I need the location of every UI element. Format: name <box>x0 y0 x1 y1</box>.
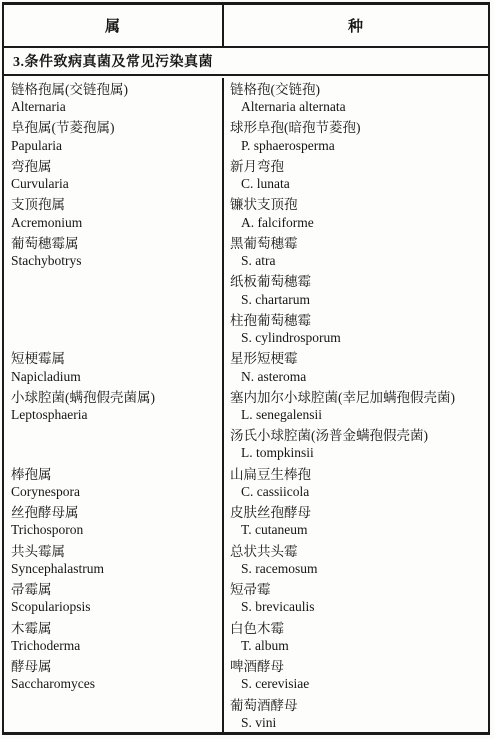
genus-cell: 链格孢属(交链孢属) <box>4 78 224 98</box>
genus-cell: 阜孢属(节菱孢属) <box>4 116 224 136</box>
genus-cell: Stachybotrys <box>4 252 224 270</box>
table-row: 链格孢属(交链孢属) 链格孢(交链孢) <box>4 78 488 98</box>
table-row: 支顶孢属 镰状支顶孢 <box>4 193 488 213</box>
genus-cell <box>4 309 224 329</box>
species-cell: 总状共头霉 <box>224 540 488 560</box>
genus-cell: Acremonium <box>4 213 224 231</box>
genus-cell: Trichoderma <box>4 637 224 655</box>
table-row: Trichoderma T. album <box>4 637 488 655</box>
species-cell: 葡萄酒酵母 <box>224 694 488 714</box>
species-cell: 新月弯孢 <box>224 155 488 175</box>
species-cell: 柱孢葡萄穗霉 <box>224 309 488 329</box>
genus-cell: 支顶孢属 <box>4 193 224 213</box>
genus-cell <box>4 270 224 290</box>
species-cell: S. racemosum <box>224 560 488 578</box>
species-cell: S. cerevisiae <box>224 675 488 693</box>
genus-cell: Trichosporon <box>4 521 224 539</box>
table-row: 棒孢属 山扁豆生棒孢 <box>4 463 488 483</box>
species-cell: 汤氏小球腔菌(汤普金螨孢假壳菌) <box>224 424 488 444</box>
table-body: 链格孢属(交链孢属) 链格孢(交链孢) Alternaria Alternari… <box>4 76 488 732</box>
table-row: Napicladium N. asteroma <box>4 367 488 385</box>
genus-cell <box>4 424 224 444</box>
table-row: 短梗霉属 星形短梗霉 <box>4 347 488 367</box>
column-header-species: 种 <box>224 5 488 46</box>
table-row: Leptosphaeria L. senegalensii <box>4 406 488 424</box>
species-cell: S. cylindrosporum <box>224 329 488 347</box>
species-cell: 星形短梗霉 <box>224 347 488 367</box>
table-row: Papularia P. sphaerosperma <box>4 136 488 154</box>
species-cell: 啤酒酵母 <box>224 655 488 675</box>
species-cell: T. album <box>224 637 488 655</box>
species-cell: S. brevicaulis <box>224 598 488 616</box>
table-row: 木霉属 白色木霉 <box>4 617 488 637</box>
species-cell: A. falciforme <box>224 213 488 231</box>
genus-cell: Saccharomyces <box>4 675 224 693</box>
species-cell: P. sphaerosperma <box>224 136 488 154</box>
species-cell: S. atra <box>224 252 488 270</box>
table-header-row: 属 种 <box>4 5 488 48</box>
table-row: 葡萄穗霉属 黑葡萄穗霉 <box>4 232 488 252</box>
genus-cell: 短梗霉属 <box>4 347 224 367</box>
genus-cell: Scopulariopsis <box>4 598 224 616</box>
table-row: Corynespora C. cassiicola <box>4 483 488 501</box>
table-row: L. tompkinsii <box>4 444 488 462</box>
table-row: Syncephalastrum S. racemosum <box>4 560 488 578</box>
genus-cell: 帚霉属 <box>4 578 224 598</box>
table-row: S. vini <box>4 714 488 732</box>
species-cell: L. senegalensii <box>224 406 488 424</box>
column-header-genus: 属 <box>4 5 224 46</box>
species-cell: Alternaria alternata <box>224 98 488 116</box>
genus-cell: 葡萄穗霉属 <box>4 232 224 252</box>
fungi-table: 属 种 3.条件致病真菌及常见污染真菌 链格孢属(交链孢属) 链格孢(交链孢) … <box>2 2 490 735</box>
genus-cell <box>4 714 224 732</box>
genus-cell: 小球腔菌(螨孢假壳菌属) <box>4 386 224 406</box>
genus-cell: Leptosphaeria <box>4 406 224 424</box>
table-row: Scopulariopsis S. brevicaulis <box>4 598 488 616</box>
table-row: 柱孢葡萄穗霉 <box>4 309 488 329</box>
genus-cell: Papularia <box>4 136 224 154</box>
genus-cell: 共头霉属 <box>4 540 224 560</box>
table-row: 阜孢属(节菱孢属) 球形阜孢(暗孢节菱孢) <box>4 116 488 136</box>
table-row: Trichosporon T. cutaneum <box>4 521 488 539</box>
genus-cell <box>4 444 224 462</box>
species-cell: S. chartarum <box>224 290 488 308</box>
genus-cell: 木霉属 <box>4 617 224 637</box>
species-cell: 纸板葡萄穗霉 <box>224 270 488 290</box>
table-row: 纸板葡萄穗霉 <box>4 270 488 290</box>
species-cell: L. tompkinsii <box>224 444 488 462</box>
section-header: 3.条件致病真菌及常见污染真菌 <box>4 48 488 76</box>
species-cell: C. lunata <box>224 175 488 193</box>
genus-cell: Curvularia <box>4 175 224 193</box>
species-cell: N. asteroma <box>224 367 488 385</box>
genus-cell: 酵母属 <box>4 655 224 675</box>
genus-cell: 丝孢酵母属 <box>4 501 224 521</box>
species-cell: 球形阜孢(暗孢节菱孢) <box>224 116 488 136</box>
scanned-page: 属 种 3.条件致病真菌及常见污染真菌 链格孢属(交链孢属) 链格孢(交链孢) … <box>0 0 494 739</box>
genus-cell: Corynespora <box>4 483 224 501</box>
table-row: 葡萄酒酵母 <box>4 694 488 714</box>
genus-cell: Napicladium <box>4 367 224 385</box>
table-row: 共头霉属 总状共头霉 <box>4 540 488 560</box>
table-row: 丝孢酵母属 皮肤丝孢酵母 <box>4 501 488 521</box>
genus-cell: Syncephalastrum <box>4 560 224 578</box>
species-cell: 皮肤丝孢酵母 <box>224 501 488 521</box>
genus-cell: Alternaria <box>4 98 224 116</box>
table-row: Acremonium A. falciforme <box>4 213 488 231</box>
table-row: Saccharomyces S. cerevisiae <box>4 675 488 693</box>
table-row: S. cylindrosporum <box>4 329 488 347</box>
species-cell: T. cutaneum <box>224 521 488 539</box>
genus-cell <box>4 290 224 308</box>
genus-cell: 棒孢属 <box>4 463 224 483</box>
species-cell: 镰状支顶孢 <box>224 193 488 213</box>
table-row: 弯孢属 新月弯孢 <box>4 155 488 175</box>
table-row: Alternaria Alternaria alternata <box>4 98 488 116</box>
genus-cell <box>4 329 224 347</box>
table-row: 酵母属 啤酒酵母 <box>4 655 488 675</box>
genus-cell: 弯孢属 <box>4 155 224 175</box>
species-cell: C. cassiicola <box>224 483 488 501</box>
table-row: 帚霉属 短帚霉 <box>4 578 488 598</box>
species-cell: 链格孢(交链孢) <box>224 78 488 98</box>
table-row: Stachybotrys S. atra <box>4 252 488 270</box>
species-cell: 山扁豆生棒孢 <box>224 463 488 483</box>
table-row: 小球腔菌(螨孢假壳菌属) 塞内加尔小球腔菌(幸尼加螨孢假壳菌) <box>4 386 488 406</box>
species-cell: 黑葡萄穗霉 <box>224 232 488 252</box>
table-row: 汤氏小球腔菌(汤普金螨孢假壳菌) <box>4 424 488 444</box>
species-cell: S. vini <box>224 714 488 732</box>
table-row: S. chartarum <box>4 290 488 308</box>
species-cell: 塞内加尔小球腔菌(幸尼加螨孢假壳菌) <box>224 386 488 406</box>
species-cell: 短帚霉 <box>224 578 488 598</box>
table-row: Curvularia C. lunata <box>4 175 488 193</box>
species-cell: 白色木霉 <box>224 617 488 637</box>
genus-cell <box>4 694 224 714</box>
